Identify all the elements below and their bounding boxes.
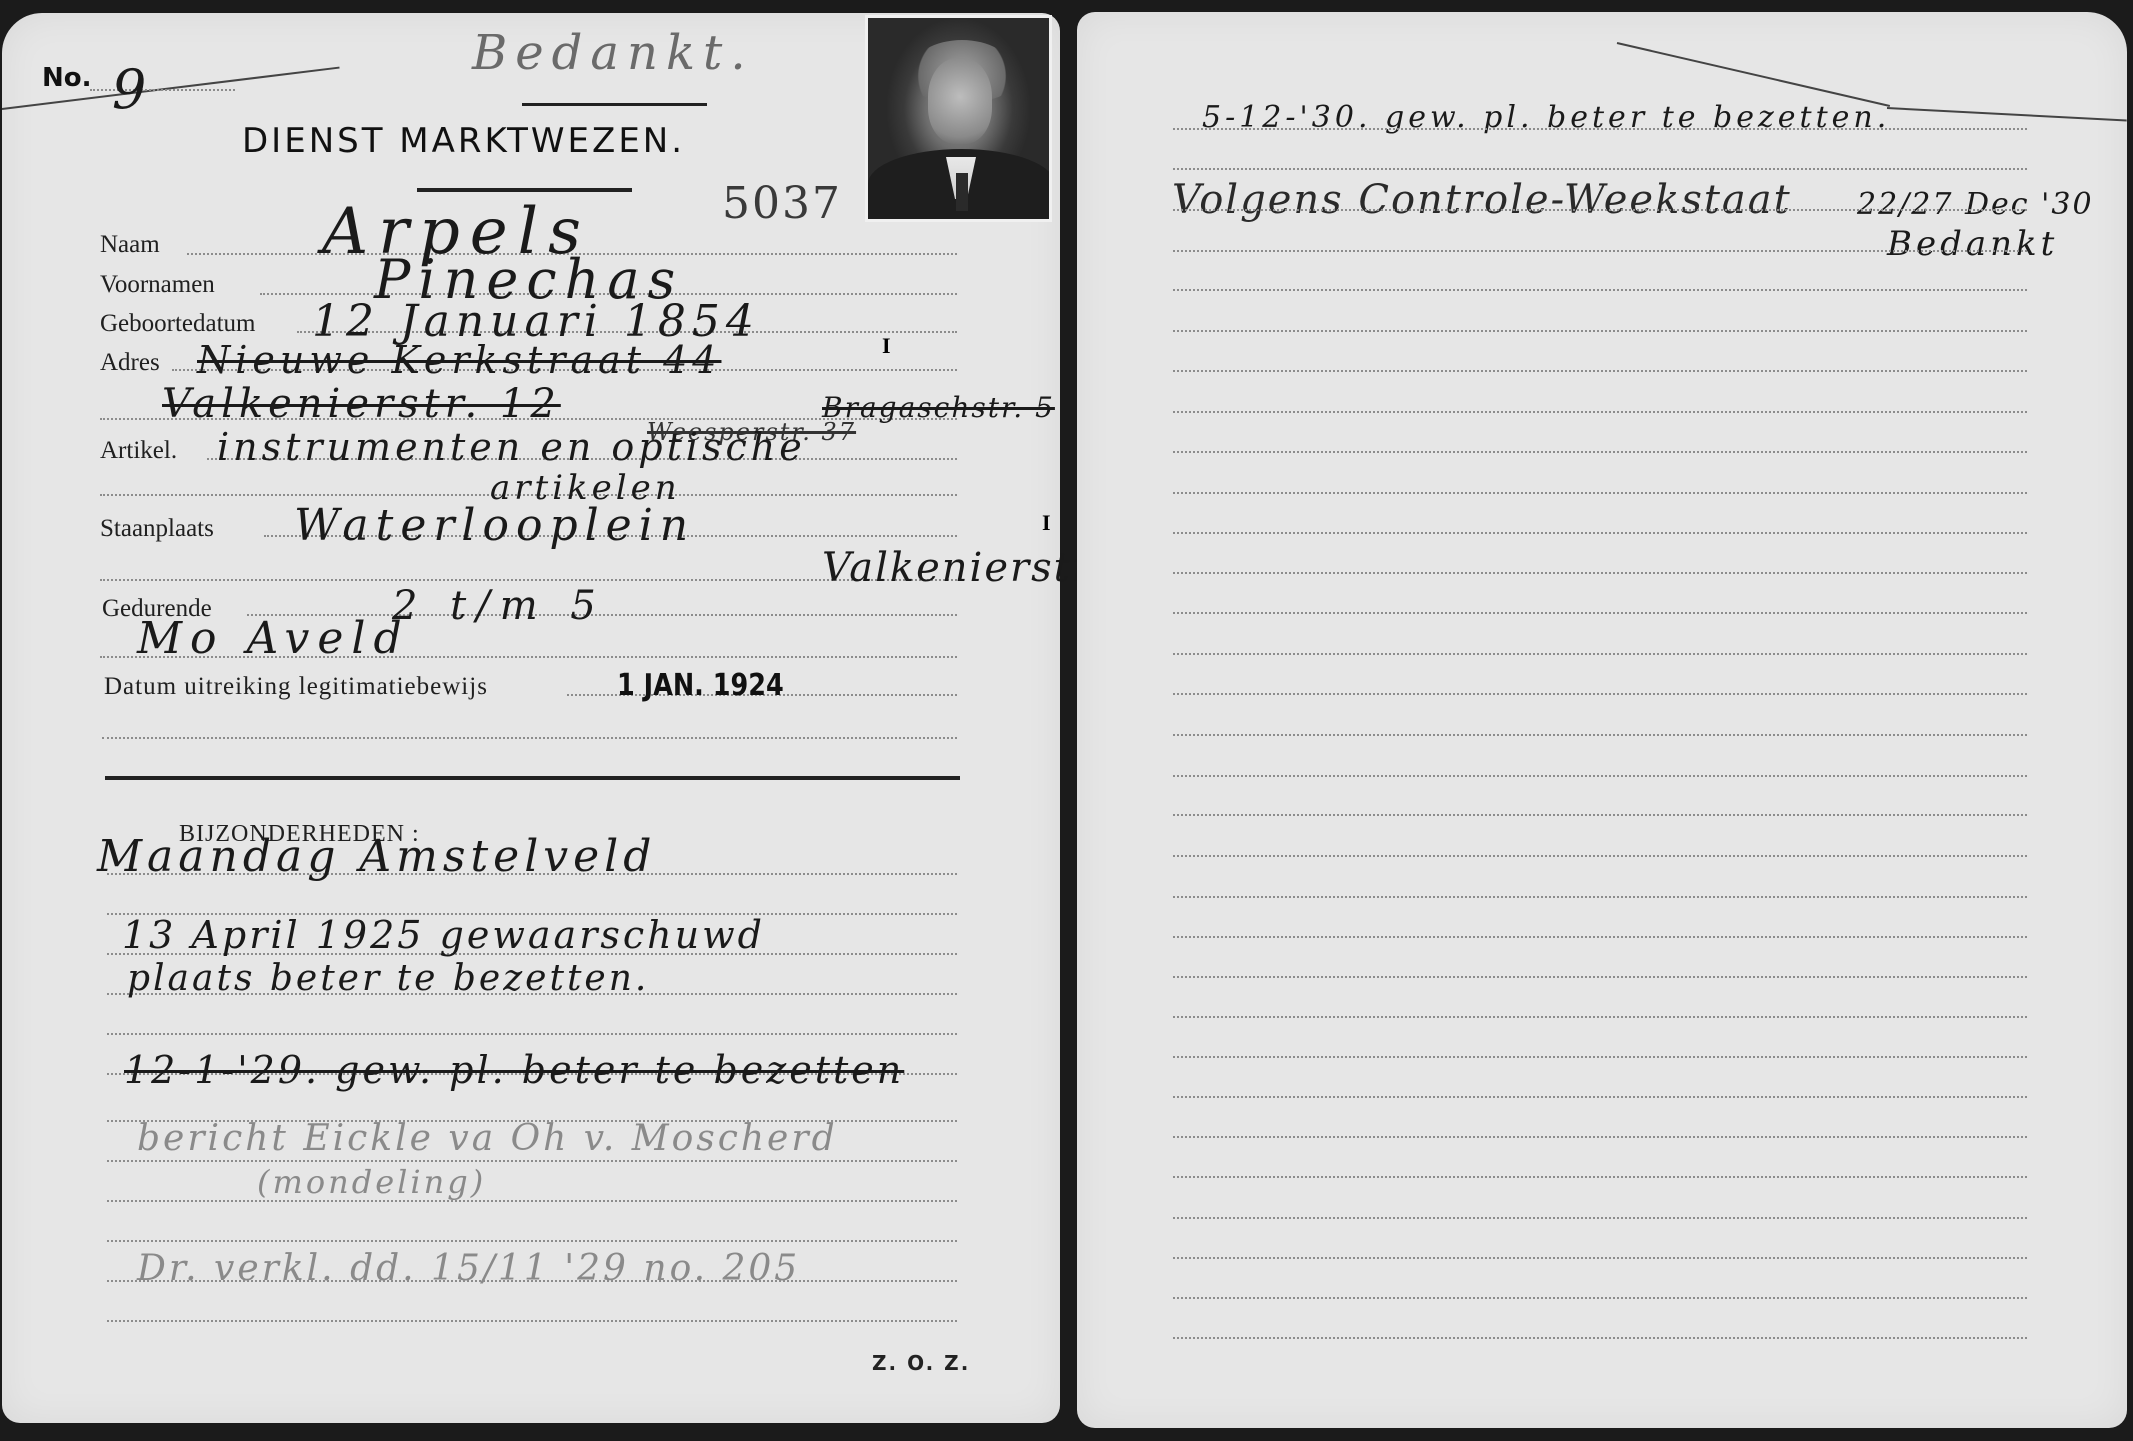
staanplaats-mark: I: [1042, 510, 1051, 536]
ruled-line: [1173, 532, 2027, 534]
gedurende-value: 2 t/m 5: [392, 583, 606, 629]
datum-uitreiking-stamp: 1 JAN. 1924: [617, 668, 784, 703]
back-entry: Volgens Controle-Weekstaat: [1172, 177, 1792, 223]
artikel-label: Artikel.: [100, 437, 177, 465]
ruled-line: [1173, 693, 2027, 695]
adres-label: Adres: [100, 349, 160, 377]
notes-line-5: [107, 1033, 957, 1035]
adres-mark: I: [882, 333, 891, 359]
paper-crack: [1617, 42, 1890, 107]
note-entry-pencil: Dr. verkl. dd. 15/11 '29 no. 205: [137, 1248, 800, 1289]
ruled-line: [1173, 1096, 2027, 1098]
note-entry-struck: 12-1-'29. gew. pl. beter te bezetten: [124, 1048, 904, 1092]
note-entry-pencil: (mondeling): [257, 1163, 486, 1201]
portrait-photo: [865, 15, 1052, 222]
adres-struck-2: Valkenierstr. 12: [162, 381, 561, 427]
notes-line-10: [107, 1240, 957, 1242]
ruled-line: [1173, 976, 2027, 978]
ruled-line: [1173, 896, 2027, 898]
ruled-line: [1173, 1176, 2027, 1178]
note-entry: 13 April 1925 gewaarschuwd: [122, 913, 765, 957]
bedankt-annotation: Bedankt.: [472, 25, 754, 81]
staanplaats-label: Staanplaats: [100, 515, 214, 543]
ruled-line: [1173, 411, 2027, 413]
ruled-line: [1173, 572, 2027, 574]
ruled-line: [1173, 1016, 2027, 1018]
title-rule-bottom: [417, 188, 632, 192]
ruled-line: [1173, 612, 2027, 614]
ruled-line: [1173, 653, 2027, 655]
paper-crack: [1887, 107, 2127, 122]
notes-line-8: [107, 1160, 957, 1162]
datum-uitreiking-label: Datum uitreiking legitimatiebewijs: [104, 673, 488, 701]
notes-line-11: [107, 1280, 957, 1282]
ruled-line: [1173, 209, 2027, 211]
ruled-line: [1173, 775, 2027, 777]
ruled-line: [1173, 936, 2027, 938]
note-entry: plaats beter te bezetten.: [127, 958, 649, 999]
ruled-line: [1173, 289, 2027, 291]
registration-card-back: 5-12-'30. gew. pl. beter te bezetten. Vo…: [1077, 12, 2127, 1428]
note-entry-pencil: bericht Eickle va Oh v. Moscherd: [137, 1118, 838, 1159]
ruled-line: [1173, 168, 2027, 170]
adres-struck-1: Nieuwe Kerkstraat 44: [197, 338, 721, 382]
number-label: No.: [42, 63, 92, 93]
section-separator: [105, 776, 960, 780]
ruled-line: [1173, 1217, 2027, 1219]
back-entry-date: 22/27 Dec '30: [1857, 187, 2094, 222]
ruled-line: [1173, 492, 2027, 494]
ruled-line: [1173, 1297, 2027, 1299]
adres-struck-4: Bragaschstr. 5: [822, 391, 1055, 424]
ruled-line: [1173, 330, 2027, 332]
ruled-line: [1173, 1136, 2027, 1138]
back-entry: Bedankt: [1887, 224, 2058, 264]
card-number: 5037: [722, 178, 842, 229]
title-rule-top: [522, 103, 707, 106]
staanplaats-value: Waterlooplein: [294, 500, 695, 551]
ruled-line: [1173, 250, 2027, 252]
ruled-line: [1173, 1337, 2027, 1339]
ruled-line: [1173, 128, 2027, 130]
note-entry: Maandag Amstelveld: [97, 831, 656, 882]
voornamen-label: Voornamen: [100, 271, 215, 299]
ruled-line: [1173, 814, 2027, 816]
notes-line-12: [107, 1320, 957, 1322]
photo-face: [928, 58, 992, 144]
ruled-line: [1173, 855, 2027, 857]
registration-card-front: No. 9 Bedankt. DIENST MARKTWEZEN. 5037 N…: [2, 13, 1060, 1423]
artikel-value-1: instrumenten en optische: [217, 425, 806, 469]
ruled-line: [1173, 370, 2027, 372]
page-title: DIENST MARKTWEZEN.: [242, 121, 685, 161]
naam-label: Naam: [100, 231, 160, 259]
footer-zoz: Z. O. Z.: [872, 1351, 970, 1375]
ruled-line: [1173, 734, 2027, 736]
ruled-line: [1173, 1257, 2027, 1259]
photo-tie: [956, 173, 968, 211]
ruled-line: [1173, 1056, 2027, 1058]
notes-line-9: [107, 1200, 957, 1202]
number-value: 9: [112, 58, 148, 121]
ruled-line: [1173, 451, 2027, 453]
blank-line-3: [102, 737, 957, 739]
geboortedatum-label: Geboortedatum: [100, 310, 256, 338]
extra-note: Mo Aveld: [137, 613, 410, 664]
